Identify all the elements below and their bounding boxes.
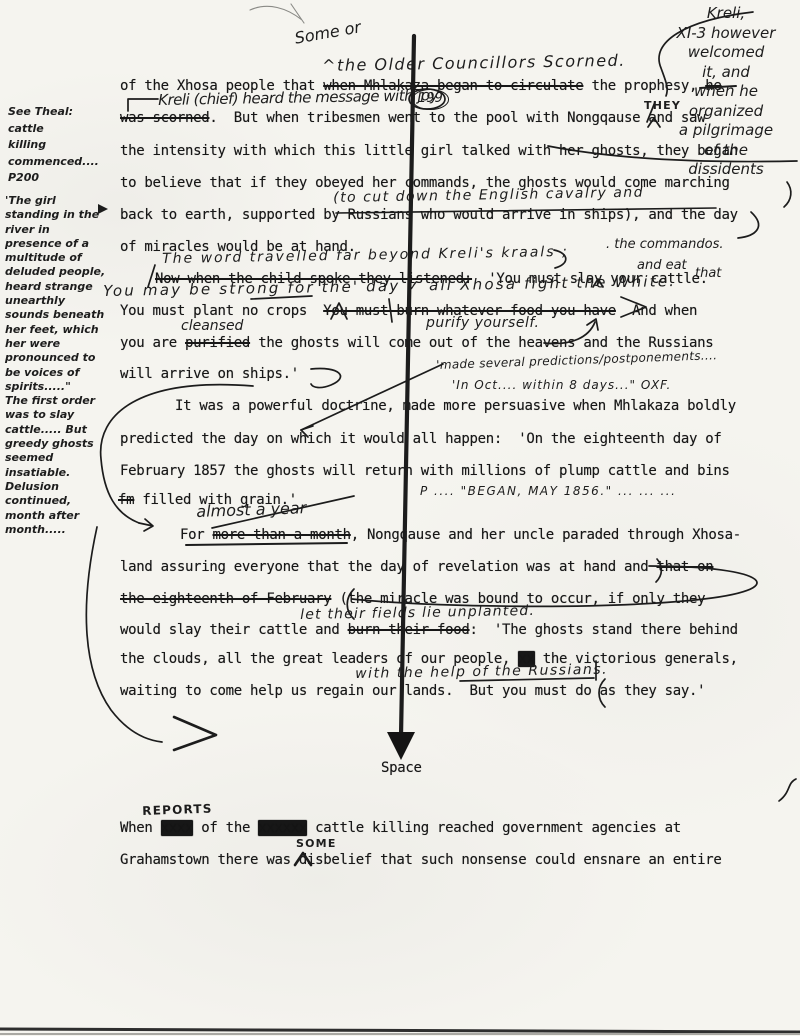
typed-line-16: land assuring everyone that the day of r…: [120, 559, 713, 575]
note-kreli-margin: Kreli, XI-3 however welcomed it, and whe…: [652, 4, 800, 180]
manuscript-page: of the Xhosa people that when Mhlakaza b…: [0, 0, 800, 1036]
typed-line-18: would slay their cattle and burn their f…: [120, 622, 738, 638]
typed-line-space: Space: [381, 760, 422, 776]
top-scratch-mark: [250, 4, 304, 23]
ships-hook: [311, 368, 340, 387]
typed-line-3: the intensity with which this little gir…: [120, 143, 738, 159]
typed-line-20: waiting to come help us regain our lands…: [120, 683, 705, 699]
commandos-hook: [738, 212, 759, 238]
note-purify-yourself: purify yourself.: [426, 314, 539, 333]
note-they: THEY: [644, 99, 681, 114]
note-older-councillors: ^the Older Councillors Scorned.: [322, 50, 626, 77]
redaction-mark: xxxx: [161, 820, 194, 836]
typed-line-21: When xxxx of the xxxxxx cattle killing r…: [120, 820, 681, 836]
right-edge-squiggle: [779, 779, 796, 801]
note-in-oct: 'In Oct.... within 8 days..." OXF.: [452, 377, 671, 393]
dissidents-paren: [784, 182, 791, 207]
note-cleansed: cleansed: [181, 317, 243, 336]
note-almost-a-year: almost a year: [196, 497, 307, 522]
typed-line-11: It was a powerful doctrine, made more pe…: [175, 398, 736, 414]
note-kreli-heard-joy: Kreli (chief) heard the message with joy: [158, 85, 438, 110]
typed-line-13: February 1857 the ghosts will return wit…: [120, 463, 730, 479]
margin-see-theal: See Theal: cattle killing commenced.... …: [8, 104, 99, 187]
note-some-or: Some or: [293, 16, 363, 49]
note-some: SOME: [296, 837, 337, 852]
typed-line-10: will arrive on ships.': [120, 366, 299, 382]
margin-girl-standing: 'The girl standing in the river in prese…: [5, 194, 105, 537]
note-began-may: P .... "BEGAN, MAY 1856." ... ... ...: [420, 483, 676, 499]
note-199: 199: [412, 89, 449, 110]
note-with-help-russians: with the help of the Russians.: [355, 661, 608, 684]
bottom-scan-edge: [0, 1029, 800, 1034]
redaction-mark: xxxxxx: [258, 820, 307, 836]
typed-line-2: was scorned. But when tribesmen went to …: [120, 110, 705, 126]
note-predictions: 'made several predictions/postponements.…: [436, 347, 718, 373]
note-reports: REPORTS: [142, 801, 213, 820]
typed-line-12: predicted the day on which it would all …: [120, 431, 722, 447]
note-cut-down-cavalry: (to cut down the English cavalry and: [333, 184, 644, 208]
typed-line-22: Grahamstown there was disbelief that suc…: [120, 852, 722, 868]
typed-line-9: you are purified the ghosts will come ou…: [120, 335, 713, 351]
note-that: that: [695, 265, 721, 283]
note-commandos: . the commandos.: [606, 236, 723, 254]
typed-line-5: back to earth, supported by Russians who…: [120, 207, 738, 223]
typed-line-15: For more than a month, Nongqause and her…: [180, 527, 741, 543]
